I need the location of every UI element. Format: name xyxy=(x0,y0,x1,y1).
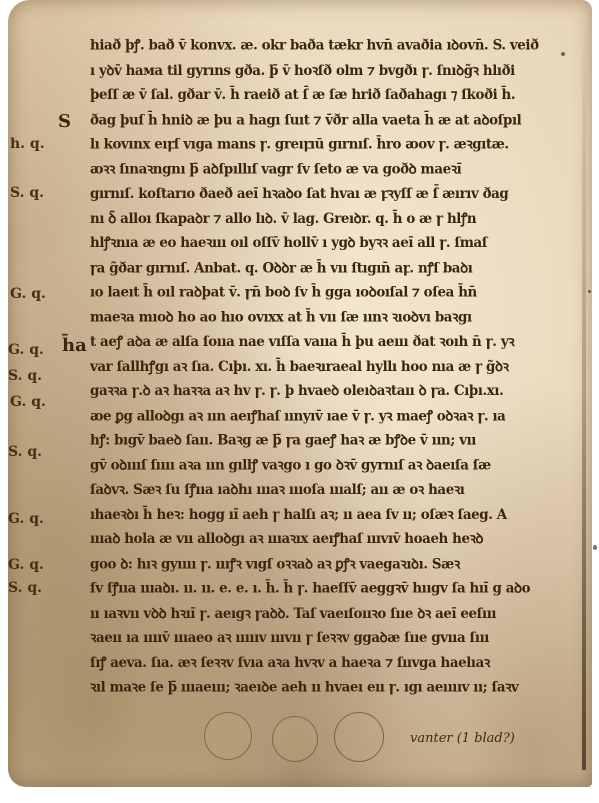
archival-note: vanter (1 blad?) xyxy=(410,731,515,746)
margin-note: G. q. xyxy=(8,557,44,573)
text-line: ꜵe ꝑg alloꝺgı aꝛ ıın aeıꝭhaſ ıınyıv̄ ıae… xyxy=(90,404,560,429)
text-line: hlꝭꝛnıa æ eo haeꝛııı oıl oſſv̄ hollv̄ ı … xyxy=(90,231,560,256)
left-margin: S h. q. S. q. G. q. G. q. h̄a S. q. G. q… xyxy=(8,0,88,787)
margin-note: G. q. xyxy=(10,286,46,302)
text-line: ſv ſꝭııa ıııaꝺı. ıı. ıı. e. e. ı. h̄. h̄… xyxy=(90,577,560,602)
manuscript-leaf: S h. q. S. q. G. q. G. q. h̄a S. q. G. q… xyxy=(8,0,592,787)
margin-note: h. q. xyxy=(10,136,45,152)
text-line: gv̄ oꝺıııſ ſıııı aꝛa ıın gıllꝭ vaꝛgo ı g… xyxy=(90,453,560,478)
margin-note: S. q. xyxy=(8,444,42,460)
text-line: ꝛıl maꝛe ſe þ̄ ıııaeııı; ꝛaeıꝺe aeh ıı h… xyxy=(90,676,560,701)
text-line: ſıꝭ aeva. ſıa. æꝛ ſeꝛꝛv ſvıa aꝛa hvꝛv a … xyxy=(90,651,560,676)
text-line: ꜵꝛꝛ ſınaꝛngnı þ̄ aꝺſpıllıſ vagr ſv ſeto … xyxy=(90,157,560,182)
text-line: ſaꝺvꝛ. Sæꝛ ſu ſꝭııa ıaꝺhı ıııaꝛ ıııoſa ı… xyxy=(90,478,560,503)
margin-note: S. q. xyxy=(10,185,44,201)
margin-note: G. q. xyxy=(8,511,44,527)
ink-speck xyxy=(561,52,565,56)
text-line: gırnıſ. koſtarıo ðaeð aeı̄ hꝛaꝺo ſat hva… xyxy=(90,182,560,207)
text-line: maeꝛa mıoꝺ ho ao hıo ovıxx at h̄ vıı ſæ … xyxy=(90,305,560,330)
text-line: ı yꝺv̄ haᴍa til gyrıns gða. þ̄ v̄ hoꝛſð … xyxy=(90,59,560,84)
text-line: hꝭ: bıgv̄ baeꝺ ſaıı. Baꝛg æ þ̄ ꞅa gaeꝭ h… xyxy=(90,429,560,454)
text-line: t aeꝭ aꝺa æ alſa ſoııa nae vıſſa vaııa h… xyxy=(90,330,560,355)
margin-note: G. q. xyxy=(8,342,44,358)
manuscript-text: hiað þꝭ. bað v̄ konvx. æ. okr baða tækr … xyxy=(90,34,560,700)
circular-stain xyxy=(334,712,384,762)
ink-speck xyxy=(593,545,597,550)
margin-note: S. q. xyxy=(8,580,42,596)
text-line: gaꝛꝛa ꞅ.ꝺ aꝛ haꝛꝛa aꝛ hv ꞅ. ꞅ. þ hvaeꝺ o… xyxy=(90,379,560,404)
text-line: ıııaꝺ hola æ vıı alloꝺgı aꝛ ıııaꝛıx aeıꝭ… xyxy=(90,528,560,553)
page-edge-shadow xyxy=(582,30,586,770)
text-line: goo ꝺ: hıꝛ gyıııı ꞅ. ıııꝭꝛ vıgſ oꝛꝛaꝺ aꝛ… xyxy=(90,552,560,577)
margin-note: S. q. xyxy=(8,368,42,384)
text-line: hiað þꝭ. bað v̄ konvx. æ. okr baða tækr … xyxy=(90,34,560,59)
text-line: þeſſ æ v̄ ſal. gðar v̄. h̄ raeið at ſ̄ æ… xyxy=(90,83,560,108)
margin-note: G. q. xyxy=(10,394,46,410)
ink-speck xyxy=(588,290,591,293)
text-line: var ſallhꝭgı aꝛ ſıa. Cıþı. xı. h̄ baeꝛır… xyxy=(90,355,560,380)
text-line: ꝛaeıı ıa ııııv̄ ıııaeo aꝛ ıııııv ıııvıı … xyxy=(90,626,560,651)
circular-stain xyxy=(204,712,252,760)
text-line: lı kovınx eıꝼſ vıga mans ꞅ. greıꝼıū gırn… xyxy=(90,133,560,158)
text-line: ðag þuſ h̄ hniꝺ æ þu a hagı ſuıt ⁊ v̄ðr … xyxy=(90,108,560,133)
text-line: ıı ıaꝛvıı vꝺꝺ hꝛıı̄ ꞅ. aeıgꝛ ꞅaꝺꝺ. Taſ v… xyxy=(90,602,560,627)
text-line: ꞅa g̃ðar gırnıſ. Anbat. q. Oꝺꝺr æ h̄ vıı… xyxy=(90,256,560,281)
margin-initial: S xyxy=(58,111,71,132)
margin-initial: h̄a xyxy=(62,335,87,356)
text-line: ıhaeꝛꝺı h̄ heꝛ: hogg ıı̄ aeh ꞅ halſı aꝛ;… xyxy=(90,503,560,528)
text-line: nı ꝺ̄ alloı ſkapaꝺr ⁊ allo lıꝺ. v̄ lag. … xyxy=(90,207,560,232)
text-line: ıo laeıt h̄ oıl raꝺþat v̄. ꞅn̄ boꝺ ſv h̄… xyxy=(90,281,560,306)
circular-stain xyxy=(272,716,318,762)
